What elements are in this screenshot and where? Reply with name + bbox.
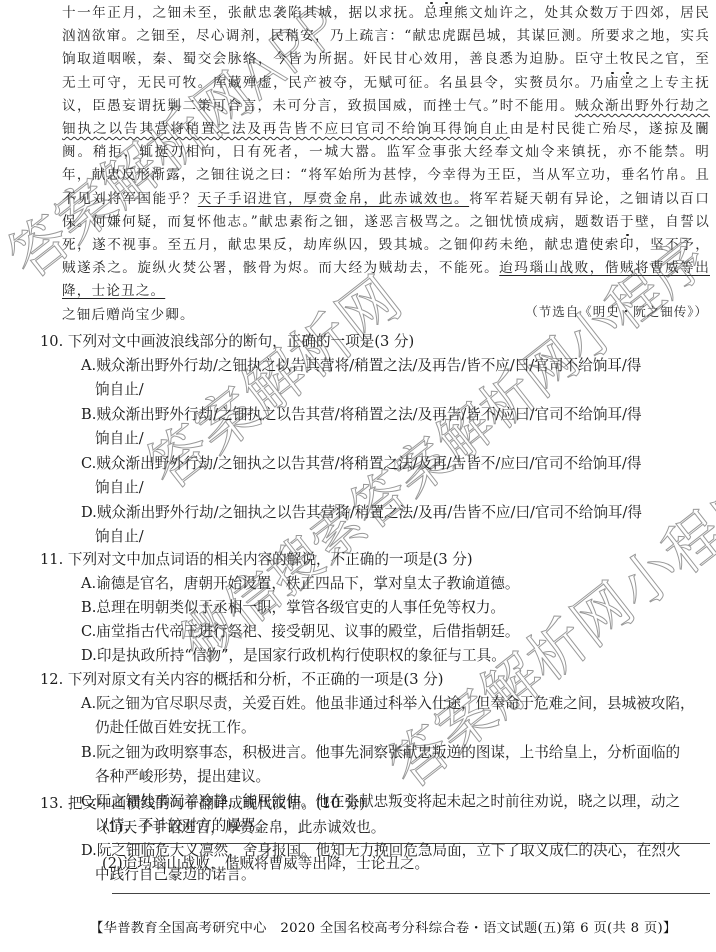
q10-option-b: B.贼众渐出野外行劫/之钿执之以告其营/将稍置之法/及再告/皆不/应曰/官司不给… <box>81 403 711 452</box>
question-11-stem: 11. 下列对文中加点词语的相关内容的解说，不正确的一项是(3 分) <box>40 548 473 569</box>
option-label: D. <box>81 647 97 664</box>
q12-option-b: B.阮之钿为政明察事态，积极进言。他事先洞察张献忠叛逆的图谋，上书给皇上，分析面… <box>81 741 711 790</box>
answer-line-1[interactable] <box>112 843 710 844</box>
q13-subquestion-1: (1)天子手诏进官，厚赍金帛，此赤诚效也。 <box>102 816 385 837</box>
q12-option-a: A.阮之钿为官尽职尽责，关爱百姓。他虽非通过科举入仕途，但奉命于危难之间，县城被… <box>81 692 711 741</box>
option-label: B. <box>81 599 96 616</box>
q11-option-d: D.印是执政所持“信物”，是国家行政机构行使职权的象征与工具。 <box>81 644 506 665</box>
passage-source: （节选自《明史・阮之钿传》） <box>525 302 708 320</box>
q10-option-c: C.贼众渐出野外行劫/之钿执之以告其营/将稍置之法/及再/告皆不/应曰/官司不给… <box>81 452 711 501</box>
q11-option-c: C.庙堂指古代帝王进行祭祀、接受朝见、议事的殿堂，后借指朝廷。 <box>81 620 520 641</box>
option-text: 印是执政所持“信物”，是国家行政机构行使职权的象征与工具。 <box>97 647 506 664</box>
q11-option-b: B.总理在明朝类似于丞相一职，掌管各级官吏的人事任免等权力。 <box>81 596 505 617</box>
option-text-cont: 饷自止/ <box>81 525 711 549</box>
option-text: 谕德是官名，唐朝开始设置，秩正四品下，掌对皇太子教谕道德。 <box>96 575 519 592</box>
option-label: D. <box>81 842 97 859</box>
option-text: 阮之钿为政明察事态，积极进言。他事先洞察张献忠叛逆的图谋，上书给皇上，分析面临的 <box>96 744 680 761</box>
option-text: 贼众渐出野外行劫/之钿执之以告其营/将稍置之法/及再告/皆不/应曰/官司不给饷耳… <box>96 406 641 423</box>
option-label: A. <box>81 575 96 592</box>
option-text-cont: 饷自止/ <box>81 427 711 451</box>
underlined-sentence-1: 天子手诏进官，厚赍金帛，此赤诚效也。 <box>198 191 469 207</box>
dotted-word-zongli-2: 理 <box>439 5 454 21</box>
option-label: A. <box>81 357 96 374</box>
option-label: B. <box>81 406 96 423</box>
passage-segment: 之钿后赠尚宝少卿。 <box>62 307 195 323</box>
option-text: 阮之钿为官尽职尽责，关爱百姓。他虽非通过科举入仕途，但奉命于危难之间，县城被攻陷… <box>96 695 694 712</box>
option-label: D. <box>81 504 97 521</box>
q11-option-a: A.谕德是官名，唐朝开始设置，秩正四品下，掌对皇太子教谕道德。 <box>81 572 519 593</box>
option-text-cont: 各种严峻形势，提出建议。 <box>81 765 711 789</box>
dotted-word-miaotang: 庙 <box>605 75 620 91</box>
option-text-cont: 饷自止/ <box>81 476 711 500</box>
q10-option-d: D.贼众渐出野外行劫/之钿执之以告其营将/稍置之法/及再/告皆不应/曰/官司不给… <box>81 501 711 550</box>
answer-line-2[interactable] <box>112 893 710 894</box>
q10-option-a: A.贼众渐出野外行劫/之钿执之以告其营将/稍置之法/及再告/皆不应/曰/官司不给… <box>81 354 711 403</box>
question-12-stem: 12. 下列对原文有关内容的概括和分析，不正确的一项是(3 分) <box>40 668 443 689</box>
option-text-cont: 仍赴任做百姓安抚工作。 <box>81 716 711 740</box>
page-footer: 【华普教育全国高考研究中心 2020 全国名校高考分科综合卷・语文试题(五)第 … <box>90 917 677 936</box>
dotted-word-yin: 印 <box>620 237 635 253</box>
question-13-stem: 13. 把文中画横线的句子翻译成现代汉语。(10 分) <box>40 792 365 813</box>
option-text: 贼众渐出野外行劫/之钿执之以告其营将/稍置之法/及再/告皆不应/曰/官司不给饷耳… <box>97 504 642 521</box>
option-text-cont: 饷自止/ <box>81 378 711 402</box>
option-text: 总理在明朝类似于丞相一职，掌管各级官吏的人事任免等权力。 <box>96 599 505 616</box>
dotted-word-miaotang-2: 堂 <box>620 75 635 91</box>
option-text: 贼众渐出野外行劫/之钿执之以告其营/将稍置之法/及再/告皆不/应曰/官司不给饷耳… <box>96 455 641 472</box>
passage-text: 十一年正月，之钿未至，张献忠袭陷其城，据以求抚。总理熊文灿许之，处其众数万于四郊… <box>62 2 710 327</box>
option-label: B. <box>81 744 96 761</box>
passage-segment: 十一年正月，之钿未至，张献忠袭陷其城，据以求抚。 <box>62 5 424 21</box>
q13-subquestion-2: (2)迨玛瑙山战败，偕贼将曹威等出降，士论丑之。 <box>102 852 429 873</box>
option-text: 庙堂指古代帝王进行祭祀、接受朝见、议事的殿堂，后借指朝廷。 <box>96 623 519 640</box>
exam-page: 十一年正月，之钿未至，张献忠袭陷其城，据以求抚。总理熊文灿许之，处其众数万于四郊… <box>0 0 716 952</box>
option-text: 贼众渐出野外行劫/之钿执之以告其营将/稍置之法/及再告/皆不应/曰/官司不给饷耳… <box>96 357 641 374</box>
question-10-stem: 10. 下列对文中画波浪线部分的断句，正确的一项是(3 分) <box>40 330 414 351</box>
option-label: A. <box>81 695 96 712</box>
reading-passage: 十一年正月，之钿未至，张献忠袭陷其城，据以求抚。总理熊文灿许之，处其众数万于四郊… <box>62 2 710 327</box>
option-label: C. <box>81 623 96 640</box>
option-label: C. <box>81 455 96 472</box>
dotted-word-zongli: 总 <box>424 5 439 21</box>
